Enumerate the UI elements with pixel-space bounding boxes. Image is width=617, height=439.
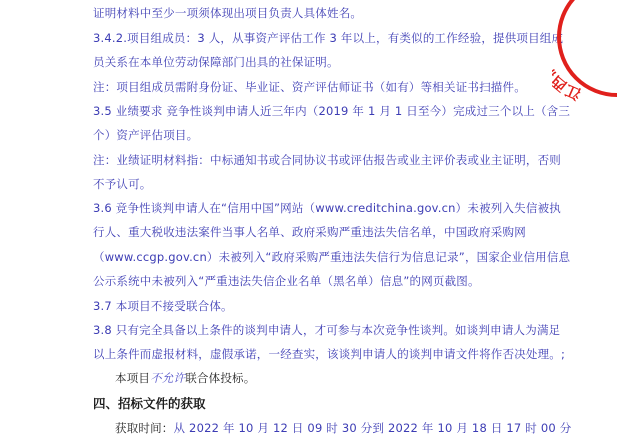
section-heading: 四、招标文件的获取	[93, 396, 206, 412]
document-page: 证明材料中至少一项须体现出项目负责人具体姓名。 3.4.2.项目组成员：3 人，…	[0, 0, 617, 439]
acquisition-time-value: 从 2022 年 10 月 12 日 09 时 30 分到 2022 年 10 …	[174, 421, 572, 435]
seal-text: 江西润工建工	[552, 15, 584, 102]
acquisition-time: 获取时间：从 2022 年 10 月 12 日 09 时 30 分到 2022 …	[115, 420, 571, 436]
text-line: （www.ccgp.gov.cn）未被列入“政府采购严重违法失信行为信息记录”，…	[93, 249, 570, 265]
text-line: 3.6 竞争性谈判申请人在“信用中国”网站（www.creditchina.go…	[93, 200, 561, 216]
text-line: 证明材料中至少一项须体现出项目负责人具体姓名。	[93, 5, 362, 21]
text-line: 3.4.2.项目组成员：3 人，从事资产评估工作 3 年以上，有类似的工作经验，…	[93, 30, 563, 46]
consortium-value: 不允许	[150, 371, 185, 385]
consortium-statement: 本项目不允许联合体投标。	[115, 370, 255, 386]
text-line: 不予认可。	[93, 176, 152, 192]
acquisition-time-label: 获取时间：	[115, 421, 174, 435]
text-line: 员关系在本单位劳动保障部门出具的社保证明。	[93, 54, 339, 70]
text-line: 3.5 业绩要求 竞争性谈判申请人近三年内（2019 年 1 月 1 日至今）完…	[93, 103, 570, 119]
text-line: 个）资产评估项目。	[93, 127, 198, 143]
text-line: 行人、重大税收违法案件当事人名单、政府采购严重违法失信名单，中国政府采购网	[93, 224, 526, 240]
text-line: 公示系统中未被列入“严重违法失信企业名单（黑名单）信息”的网页截图。	[93, 273, 480, 289]
consortium-suffix: 联合体投标。	[185, 371, 255, 385]
official-seal-icon: 江西润工建工	[552, 0, 617, 102]
svg-text:江西润工建工: 江西润工建工	[552, 15, 584, 102]
text-line: 3.8 只有完全具备以上条件的谈判申请人，才可参与本次竞争性谈判。如谈判申请人为…	[93, 322, 560, 338]
text-line: 注：项目组成员需附身份证、毕业证、资产评估师证书（如有）等相关证书扫描件。	[93, 79, 526, 95]
text-line: 3.7 本项目不接受联合体。	[93, 298, 233, 314]
text-line: 以上条件而虚报材料，虚假承诺，一经查实，该谈判申请人的谈判申请文件将作否决处理。…	[93, 346, 565, 362]
consortium-prefix: 本项目	[115, 371, 150, 385]
text-line: 注：业绩证明材料指：中标通知书或合同协议书或评估报告或业主评价表或业主证明，否则	[93, 152, 561, 168]
